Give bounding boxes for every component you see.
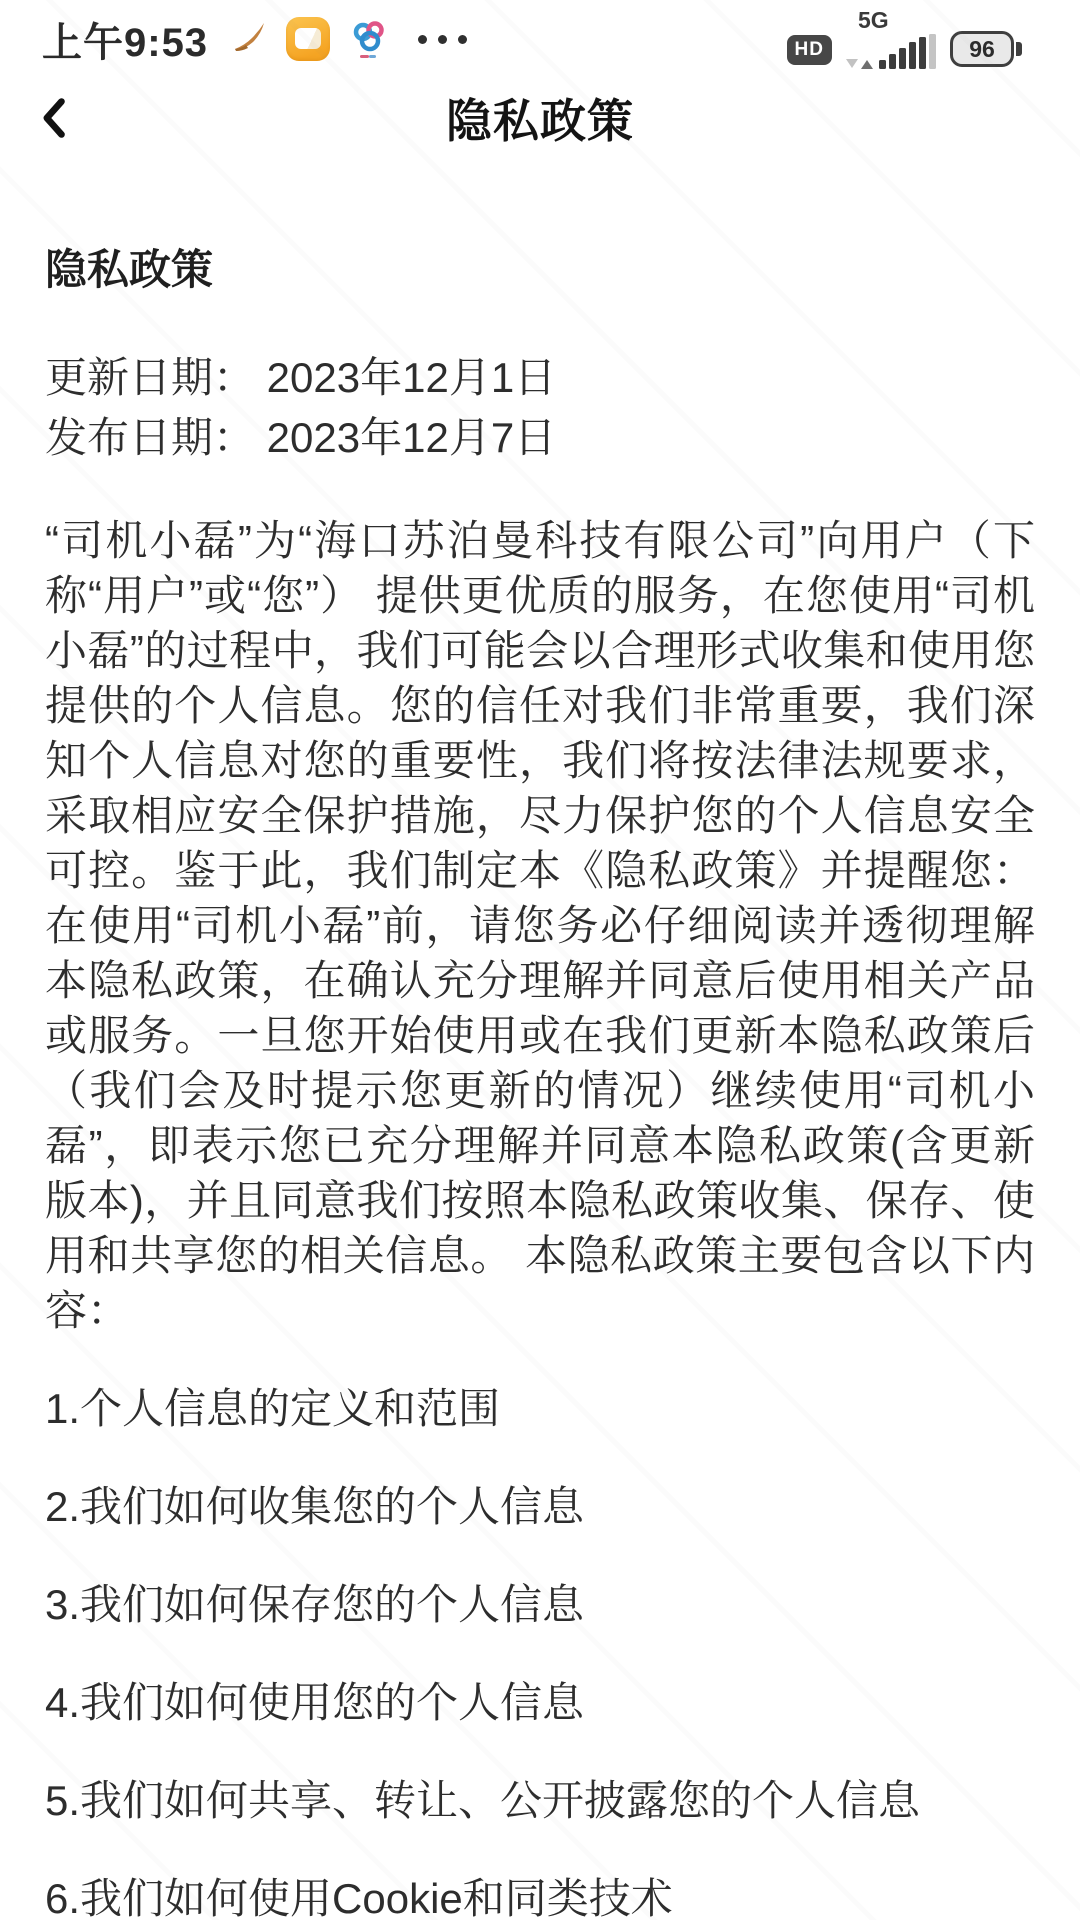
status-bar-right: HD 5G 96 [787,9,1022,69]
more-notifications-icon [418,35,467,44]
battery-nub [1016,42,1022,56]
toc-item-4: 4.我们如何使用您的个人信息 [45,1675,1035,1730]
status-bar-left: 上午9:53 [42,11,467,68]
battery-body: 96 [950,31,1014,67]
cloud-sync-icon [346,16,392,62]
message-bubble-glyph [295,28,321,49]
policy-heading: 隐私政策 [45,242,1035,298]
published-date: 发布日期： 2023年12月7日 [45,408,1035,468]
battery-indicator: 96 [950,31,1022,67]
privacy-policy-screen: 上午9:53 [0,0,1080,1920]
dates-block: 更新日期： 2023年12月1日 发布日期： 2023年12月7日 [45,348,1035,468]
hd-badge: HD [787,35,832,65]
messages-app-icon [286,17,330,61]
chevron-left-icon [34,96,78,140]
status-bar: 上午9:53 [0,0,1080,72]
toc-item-6: 6.我们如何使用Cookie和同类技术 [45,1871,1035,1920]
signal-bars-icon [879,34,936,69]
policy-intro-paragraph: “司机小磊”为“海口苏泊曼科技有限公司”向用户（下称“用户”或“您”） 提供更优… [45,513,1035,1338]
nav-bar: 隐私政策 [0,72,1080,164]
toc-item-5: 5.我们如何共享、转让、公开披露您的个人信息 [45,1773,1035,1828]
toc-item-3: 3.我们如何保存您的个人信息 [45,1577,1035,1632]
pen-notification-icon [230,19,270,59]
clock: 上午9:53 [42,11,208,68]
toc-item-1: 1.个人信息的定义和范围 [45,1381,1035,1436]
network-type-label: 5G [858,9,889,32]
signal-indicator: 5G [846,9,936,69]
back-button[interactable] [34,90,90,146]
page-title: 隐私政策 [446,85,634,151]
download-arrow-icon [846,59,858,68]
toc-item-2: 2.我们如何收集您的个人信息 [45,1479,1035,1534]
updated-date: 更新日期： 2023年12月1日 [45,348,1035,408]
policy-scroll-area[interactable]: 隐私政策 更新日期： 2023年12月1日 发布日期： 2023年12月7日 “… [0,242,1080,1920]
upload-arrow-icon [861,60,873,69]
battery-percent: 96 [969,36,995,63]
